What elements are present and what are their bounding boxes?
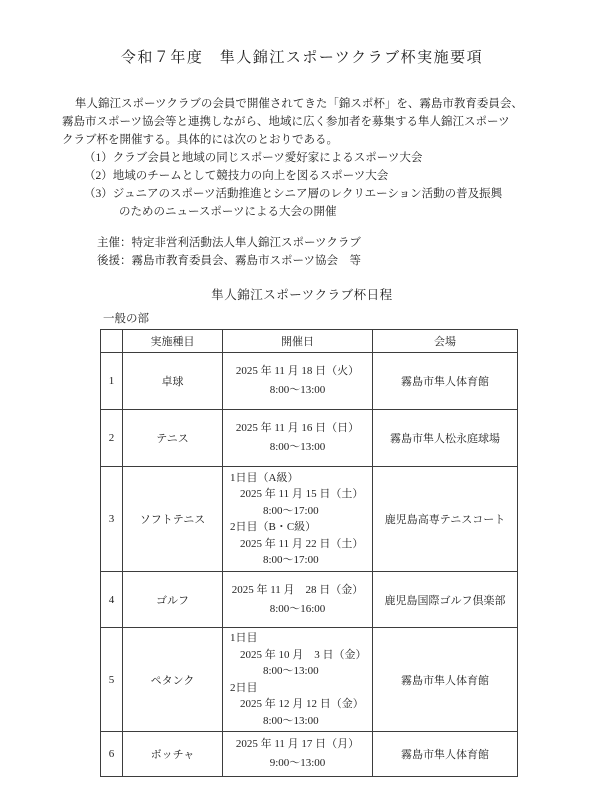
header-venue: 会場 (373, 330, 518, 353)
time-line: 8:00～17:00 (223, 552, 372, 569)
event-date: 1日目（A級） 2025 年 11 月 15 日（土） 8:00～17:00 2… (223, 467, 373, 572)
event-date: 2025 年 11 月 17 日（月） 9:00～13:00 (223, 732, 373, 777)
intro-line: 隼人錦江スポーツクラブの会員で開催されてきた「錦スポ杯」を、霧島市教育委員会、 (62, 95, 542, 113)
table-row: 5 ペタンク 1日目 2025 年 10 月 3 日（金） 8:00～13:00… (101, 628, 518, 732)
day-label: 2日目 (223, 680, 372, 697)
section-label-general: 一般の部 (103, 310, 542, 326)
venue: 鹿児島国際ゴルフ倶楽部 (373, 572, 518, 628)
event-name: ペタンク (123, 628, 223, 732)
event-name: ソフトテニス (123, 467, 223, 572)
event-date: 2025 年 11 月 18 日（火） 8:00～13:00 (223, 353, 373, 410)
row-number: 5 (101, 628, 123, 732)
day-label: 1日目 (223, 630, 372, 647)
event-name: 卓球 (123, 353, 223, 410)
header-event: 実施種目 (123, 330, 223, 353)
date-line: 2025 年 12 月 12 日（金） (223, 696, 372, 713)
venue: 霧島市隼人体育館 (373, 628, 518, 732)
intro-line: 霧島市スポーツ協会等と連携しながら、地域に広く参加者を募集する隼人錦江スポーツ (62, 113, 542, 131)
time-line: 9:00～13:00 (223, 754, 372, 773)
organizer-block: 主催：特定非営利活動法人隼人錦江スポーツクラブ 後援：霧島市教育委員会、霧島市ス… (97, 234, 542, 270)
table-row: 1 卓球 2025 年 11 月 18 日（火） 8:00～13:00 霧島市隼… (101, 353, 518, 410)
row-number: 1 (101, 353, 123, 410)
venue: 鹿児島高専テニスコート (373, 467, 518, 572)
purpose-item-1: （1）クラブ会員と地域の同じスポーツ愛好家によるスポーツ大会 (62, 149, 542, 167)
supporter-line: 後援：霧島市教育委員会、霧島市スポーツ協会 等 (97, 252, 542, 270)
event-name: ボッチャ (123, 732, 223, 777)
date-line: 2025 年 11 月 22 日（土） (223, 536, 372, 553)
time-line: 8:00～13:00 (223, 713, 372, 730)
row-number: 4 (101, 572, 123, 628)
table-row: 6 ボッチャ 2025 年 11 月 17 日（月） 9:00～13:00 霧島… (101, 732, 518, 777)
header-no (101, 330, 123, 353)
row-number: 3 (101, 467, 123, 572)
date-line: 2025 年 11 月 16 日（日） (223, 419, 372, 438)
event-name: テニス (123, 410, 223, 467)
time-line: 8:00～13:00 (223, 438, 372, 457)
date-line: 2025 年 11 月 28 日（金） (223, 581, 372, 600)
table-row: 4 ゴルフ 2025 年 11 月 28 日（金） 8:00～16:00 鹿児島… (101, 572, 518, 628)
event-date: 2025 年 11 月 16 日（日） 8:00～13:00 (223, 410, 373, 467)
event-name: ゴルフ (123, 572, 223, 628)
schedule-title: 隼人錦江スポーツクラブ杯日程 (62, 285, 542, 303)
time-line: 8:00～13:00 (223, 663, 372, 680)
date-line: 2025 年 11 月 15 日（土） (223, 486, 372, 503)
purpose-item-3: （3）ジュニアのスポーツ活動推進とシニア層のレクリエーション活動の普及振興 (62, 185, 542, 203)
day-label: 2日目（B・C級） (223, 519, 372, 536)
venue: 霧島市隼人体育館 (373, 732, 518, 777)
row-number: 2 (101, 410, 123, 467)
table-row: 3 ソフトテニス 1日目（A級） 2025 年 11 月 15 日（土） 8:0… (101, 467, 518, 572)
day-label: 1日目（A級） (223, 470, 372, 487)
time-line: 8:00～17:00 (223, 503, 372, 520)
table-row: 2 テニス 2025 年 11 月 16 日（日） 8:00～13:00 霧島市… (101, 410, 518, 467)
organizer-line: 主催：特定非営利活動法人隼人錦江スポーツクラブ (97, 234, 542, 252)
row-number: 6 (101, 732, 123, 777)
venue: 霧島市隼人松永庭球場 (373, 410, 518, 467)
schedule-table: 実施種目 開催日 会場 1 卓球 2025 年 11 月 18 日（火） 8:0… (100, 329, 518, 777)
time-line: 8:00～16:00 (223, 600, 372, 619)
purpose-item-3-continuation: のためのニュースポーツによる大会の開催 (62, 203, 542, 221)
header-date: 開催日 (223, 330, 373, 353)
date-line: 2025 年 11 月 17 日（月） (223, 735, 372, 754)
date-line: 2025 年 11 月 18 日（火） (223, 362, 372, 381)
intro-paragraph: 隼人錦江スポーツクラブの会員で開催されてきた「錦スポ杯」を、霧島市教育委員会、 … (62, 95, 542, 221)
purpose-item-2: （2）地域のチームとして競技力の向上を図るスポーツ大会 (62, 167, 542, 185)
date-line: 2025 年 10 月 3 日（金） (223, 647, 372, 664)
document-title: 令和７年度 隼人錦江スポーツクラブ杯実施要項 (62, 46, 542, 67)
table-header-row: 実施種目 開催日 会場 (101, 330, 518, 353)
event-date: 2025 年 11 月 28 日（金） 8:00～16:00 (223, 572, 373, 628)
document-page: 令和７年度 隼人錦江スポーツクラブ杯実施要項 隼人錦江スポーツクラブの会員で開催… (0, 0, 600, 800)
event-date: 1日目 2025 年 10 月 3 日（金） 8:00～13:00 2日目 20… (223, 628, 373, 732)
time-line: 8:00～13:00 (223, 381, 372, 400)
venue: 霧島市隼人体育館 (373, 353, 518, 410)
intro-line: クラブ杯を開催する。具体的には次のとおりである。 (62, 131, 542, 149)
